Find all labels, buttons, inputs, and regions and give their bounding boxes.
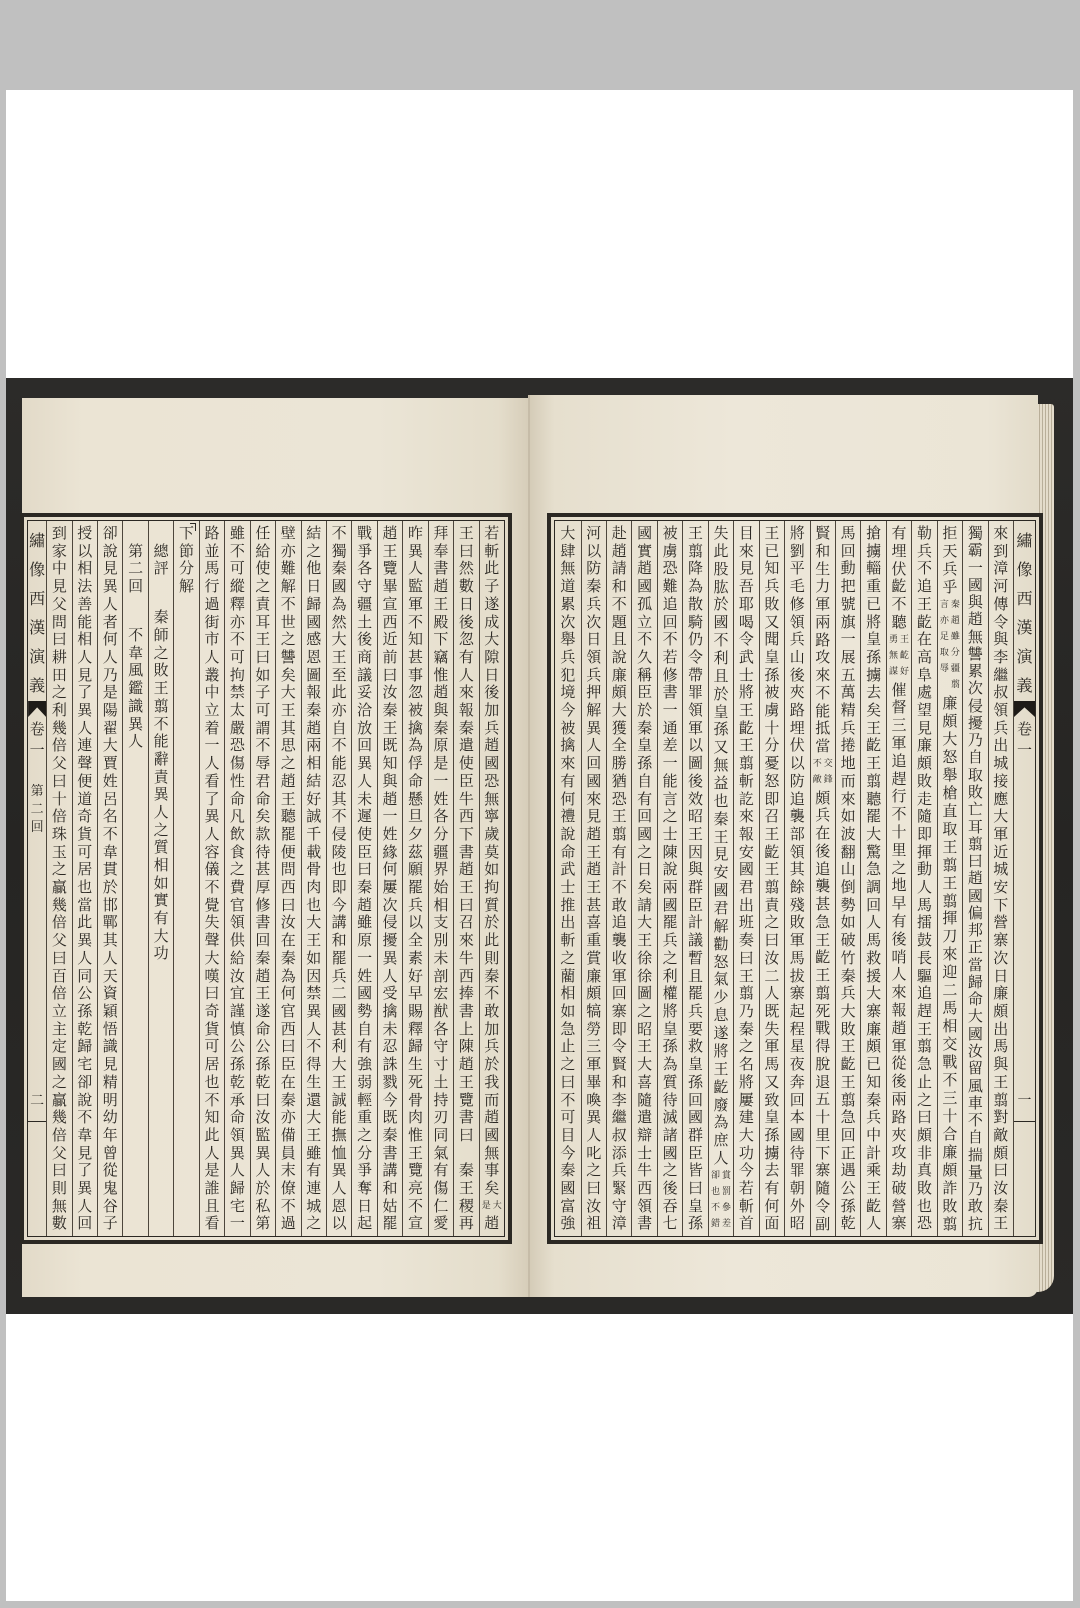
glyph: 累 — [557, 596, 579, 612]
glyph: 伏 — [786, 737, 808, 753]
glyph: 後 — [888, 931, 910, 947]
glyph: 王 — [761, 861, 783, 877]
glyph: 寸 — [430, 1056, 452, 1072]
glyph: 姓 — [99, 773, 121, 789]
glyph: 急 — [812, 914, 834, 930]
glyph: 監 — [252, 1127, 274, 1143]
glyph: 喝 — [735, 614, 757, 630]
glyph: 不 — [939, 1072, 961, 1088]
glyph: 萬 — [837, 684, 859, 700]
glyph: 起 — [786, 1003, 808, 1019]
text-column: 目來見吾耶喝令武士將王齕王翦斬訖來報安國君出班奏曰王翦乃秦之名將屢建大功今若斬首 — [733, 521, 758, 1236]
glyph: 乘 — [863, 1162, 885, 1178]
glyph: 能 — [74, 614, 96, 630]
glyph: 拘 — [481, 879, 503, 895]
glyph: 翦 — [950, 677, 961, 693]
glyph: 群 — [685, 1127, 707, 1143]
glyph: 千 — [303, 826, 325, 842]
glyph: 看 — [201, 1215, 223, 1231]
glyph: 之 — [150, 645, 172, 661]
glyph: 召 — [761, 808, 783, 824]
glyph: 曰 — [277, 1038, 299, 1054]
glyph: 破 — [888, 1180, 910, 1196]
banxin-divider — [28, 1121, 46, 1122]
glyph: 士 — [659, 826, 681, 842]
glyph: 兵 — [659, 932, 681, 948]
glyph: 催 — [888, 682, 910, 698]
glyph: 恐 — [659, 560, 681, 576]
glyph: 不 — [888, 596, 910, 612]
text-column: 馬回動把號旗一展五萬精兵捲地而來如波翻山倒勢如破竹秦兵大敗王齕王翦急回正遇公孫乾 — [835, 521, 860, 1236]
glyph: 禮 — [557, 808, 579, 824]
glyph: 劉 — [786, 543, 808, 559]
glyph: 其 — [328, 791, 350, 807]
glyph: 韋 — [125, 645, 147, 661]
glyph: 演 — [28, 642, 46, 671]
glyph: 忍 — [379, 1038, 401, 1054]
glyph: 旗 — [837, 614, 859, 630]
glyph: 修 — [252, 897, 274, 913]
glyph: 與 — [990, 1056, 1012, 1072]
glyph — [455, 1145, 477, 1161]
glyph: 了 — [201, 791, 223, 807]
glyph: 骨 — [303, 861, 325, 877]
glyph: 兵 — [481, 720, 503, 736]
glyph: 命 — [252, 791, 274, 807]
glyph: 後 — [455, 614, 477, 630]
glyph: 孫 — [863, 649, 885, 665]
glyph: 對 — [990, 1109, 1012, 1125]
glyph: 兩 — [888, 1091, 910, 1107]
glyph: 大 — [99, 737, 121, 753]
glyph: 兵 — [837, 720, 859, 736]
glyph: 馬 — [863, 932, 885, 948]
glyph: 以 — [786, 755, 808, 771]
glyph: 押 — [583, 684, 605, 700]
glyph: 奉 — [430, 543, 452, 559]
glyph: 弱 — [354, 1074, 376, 1090]
glyph: 曰 — [48, 631, 70, 647]
glyph: 秦 — [710, 811, 732, 827]
glyph: 亦 — [939, 613, 950, 629]
glyph: 隨 — [634, 1092, 656, 1108]
glyph: 秦 — [277, 1092, 299, 1108]
text-column: 王已知兵敗又聞皇孫被虜十分憂怒即召王齕王翦責之曰汝二人既失軍馬又致皇孫擄去有何面 — [759, 521, 784, 1236]
glyph: 爭 — [354, 1162, 376, 1178]
glyph: 擄 — [761, 1145, 783, 1161]
glyph: 有 — [430, 1162, 452, 1178]
glyph: 大 — [634, 1056, 656, 1072]
glyph: 急 — [913, 1056, 935, 1072]
glyph: 馬 — [201, 560, 223, 576]
glyph: 隨 — [812, 1180, 834, 1196]
glyph: 王 — [913, 596, 935, 612]
glyph: 寨 — [608, 1003, 630, 1019]
glyph: 奇 — [201, 1003, 223, 1019]
glyph: 於 — [481, 914, 503, 930]
glyph: 領 — [226, 914, 248, 930]
glyph: 大 — [990, 808, 1012, 824]
glyph: 廉 — [608, 667, 630, 683]
glyph: 因 — [685, 844, 707, 860]
glyph: 孫 — [685, 1074, 707, 1090]
glyph: 取 — [939, 821, 961, 837]
glyph: 頗 — [608, 684, 630, 700]
glyph: 報 — [303, 684, 325, 700]
glyph: 何 — [379, 861, 401, 877]
glyph: 殘 — [786, 897, 808, 913]
glyph: 肆 — [557, 543, 579, 559]
glyph: 已 — [863, 1056, 885, 1072]
glyph: 異 — [379, 950, 401, 966]
glyph: 不 — [226, 631, 248, 647]
glyph: 應 — [990, 791, 1012, 807]
glyph: 強 — [354, 1056, 376, 1072]
glyph: 叔 — [608, 1127, 630, 1143]
glyph: 知 — [761, 560, 783, 576]
glyph: 之 — [277, 755, 299, 771]
glyph: 揣 — [964, 1147, 986, 1163]
glyph: 街 — [201, 614, 223, 630]
glyph: 正 — [837, 1145, 859, 1161]
text-column: 若斬此子遂成大隙日後加兵趙國恐無寧歲莫如拘質於此則秦不敢加兵於我而趙國無事矣大是… — [479, 521, 504, 1236]
glyph: 放 — [354, 720, 376, 736]
glyph: 守 — [354, 578, 376, 594]
glyph: 兵 — [990, 720, 1012, 736]
glyph: 也 — [710, 793, 732, 809]
glyph: 忽 — [455, 631, 477, 647]
glyph: 飲 — [226, 826, 248, 842]
glyph: 二 — [761, 968, 783, 984]
glyph: 喚 — [583, 1092, 605, 1108]
glyph: 父 — [48, 1145, 70, 1161]
glyph: 西 — [28, 584, 46, 613]
glyph: 也 — [328, 861, 350, 877]
glyph: 骨 — [404, 1092, 426, 1108]
glyph: 異 — [99, 578, 121, 594]
glyph: 居 — [74, 861, 96, 877]
glyph: 秦 — [379, 702, 401, 718]
glyph: 股 — [710, 561, 732, 577]
glyph: 無 — [48, 1198, 70, 1214]
glyph: 散 — [685, 596, 707, 612]
glyph: 陳 — [455, 1038, 477, 1054]
glyph: 義 — [28, 671, 46, 700]
glyph: 有 — [303, 1162, 325, 1178]
glyph: 好 — [303, 791, 325, 807]
glyph: 知 — [863, 1074, 885, 1090]
glyph: 未 — [430, 950, 452, 966]
glyph: 命 — [557, 844, 579, 860]
glyph: 父 — [48, 755, 70, 771]
glyph: 襲 — [786, 808, 808, 824]
glyph: 秦 — [328, 560, 350, 576]
glyph: 馬 — [939, 1000, 961, 1016]
glyph: 任 — [252, 525, 274, 541]
glyph: 來 — [990, 525, 1012, 541]
glyph: 之 — [303, 1215, 325, 1231]
glyph: 珠 — [48, 826, 70, 842]
glyph: 班 — [735, 914, 757, 930]
glyph: 稱 — [634, 667, 656, 683]
glyph: 不 — [710, 1200, 721, 1216]
glyph: 難 — [659, 578, 681, 594]
glyph: 無 — [557, 560, 579, 576]
glyph: 之 — [583, 1162, 605, 1178]
glyph: 防 — [583, 560, 605, 576]
glyph: 城 — [303, 1198, 325, 1214]
glyph: 鑑 — [125, 680, 147, 696]
glyph: 持 — [430, 1092, 452, 1108]
glyph: 居 — [201, 1056, 223, 1072]
glyph: 領 — [583, 649, 605, 665]
glyph: 動 — [837, 560, 859, 576]
glyph: 何 — [99, 631, 121, 647]
glyph: 目 — [557, 1127, 579, 1143]
glyph: 有 — [634, 791, 656, 807]
glyph: 次 — [583, 614, 605, 630]
glyph: 廉 — [913, 737, 935, 753]
glyph: 同 — [74, 968, 96, 984]
glyph: 夾 — [888, 1127, 910, 1143]
glyph: 被 — [404, 702, 426, 718]
glyph: 資 — [99, 985, 121, 1001]
glyph: 面 — [761, 1215, 783, 1231]
glyph: 人 — [99, 596, 121, 612]
glyph: 地 — [837, 755, 859, 771]
glyph: 大 — [303, 1109, 325, 1125]
glyph: 驚 — [863, 844, 885, 860]
glyph: 翦 — [735, 985, 757, 1001]
glyph: 富 — [557, 1198, 579, 1214]
glyph: 急 — [863, 861, 885, 877]
glyph: 王 — [150, 680, 172, 696]
glyph: 槍 — [939, 785, 961, 801]
glyph: 趙 — [964, 611, 986, 627]
glyph: 公 — [226, 1038, 248, 1054]
glyph: 如 — [481, 861, 503, 877]
glyph: 趙 — [583, 861, 605, 877]
glyph: 命 — [226, 1109, 248, 1125]
glyph: 曰 — [48, 773, 70, 789]
glyph: 且 — [201, 1198, 223, 1214]
glyph: 君 — [735, 879, 757, 895]
glyph: 行 — [201, 578, 223, 594]
glyph: 別 — [430, 932, 452, 948]
glyph: 齕 — [888, 578, 910, 594]
glyph: 得 — [812, 1038, 834, 1054]
glyph: 敢 — [481, 1003, 503, 1019]
glyph: 見 — [99, 1056, 121, 1072]
glyph: 馬 — [913, 897, 935, 913]
glyph: 不 — [74, 1109, 96, 1125]
glyph: 師 — [150, 627, 172, 643]
glyph: 遇 — [837, 1162, 859, 1178]
glyph: 三 — [939, 1090, 961, 1106]
glyph: 敢 — [608, 897, 630, 913]
glyph: 馬 — [761, 1056, 783, 1072]
glyph: 卻 — [74, 1074, 96, 1090]
glyph: 今 — [379, 1092, 401, 1108]
glyph: 趙 — [455, 861, 477, 877]
glyph: 精 — [837, 702, 859, 718]
glyph: 王 — [277, 702, 299, 718]
glyph: 不 — [888, 806, 910, 822]
glyph: 名 — [735, 1056, 757, 1072]
glyph: 而 — [481, 1092, 503, 1108]
glyph: 不 — [710, 632, 732, 648]
glyph: 祖 — [583, 1215, 605, 1231]
glyph: 孫 — [837, 1198, 859, 1214]
glyph: 自 — [354, 1021, 376, 1037]
glyph: 分 — [761, 737, 783, 753]
glyph: 若 — [481, 525, 503, 541]
glyph: 人 — [150, 804, 172, 820]
glyph: 早 — [888, 895, 910, 911]
glyph: 戮 — [379, 1074, 401, 1090]
glyph: 武 — [735, 649, 757, 665]
glyph: 勢 — [354, 1003, 376, 1019]
glyph: 次 — [557, 614, 579, 630]
glyph: 趙 — [964, 870, 986, 886]
glyph: 曰 — [455, 543, 477, 559]
glyph: 猶 — [608, 773, 630, 789]
glyph: 一 — [1016, 1092, 1034, 1110]
glyph: 於 — [481, 1056, 503, 1072]
glyph: 解 — [710, 918, 732, 934]
glyph: 貨 — [201, 1021, 223, 1037]
glyph: 帶 — [685, 667, 707, 683]
glyph: 可 — [226, 649, 248, 665]
glyph: 數 — [455, 578, 477, 594]
glyph: 臣 — [685, 1145, 707, 1161]
glyph: 虜 — [761, 702, 783, 718]
glyph: 俘 — [404, 755, 426, 771]
glyph: 倍 — [48, 985, 70, 1001]
glyph: 推 — [557, 897, 579, 913]
glyph: 分 — [176, 560, 198, 576]
glyph: 頗 — [939, 1162, 961, 1178]
glyph: 王 — [455, 1074, 477, 1090]
glyph: 拜 — [430, 525, 452, 541]
glyph: 近 — [990, 844, 1012, 860]
glyph: 恩 — [328, 1198, 350, 1214]
glyph: 歸 — [964, 974, 986, 990]
glyph: 能 — [328, 1109, 350, 1125]
glyph: 宏 — [430, 985, 452, 1001]
glyph: 領 — [226, 1127, 248, 1143]
glyph: 奪 — [354, 1180, 376, 1196]
glyph: 陳 — [659, 844, 681, 860]
banxin-volume: 卷一 — [1014, 719, 1035, 761]
glyph: 人 — [303, 1021, 325, 1037]
glyph: 相 — [557, 985, 579, 1001]
glyph: 餘 — [786, 879, 808, 895]
glyph: 馬 — [786, 950, 808, 966]
glyph: 報 — [455, 702, 477, 718]
glyph: 擂 — [913, 914, 935, 930]
glyph: 如 — [150, 875, 172, 891]
glyph: 贏 — [48, 1092, 70, 1108]
glyph: 從 — [99, 1162, 121, 1178]
glyph: 遂 — [481, 596, 503, 612]
left-page-columns: 若斬此子遂成大隙日後加兵趙國恐無寧歲莫如拘質於此則秦不敢加兵於我而趙國無事矣大是… — [28, 521, 504, 1236]
glyph: 誰 — [201, 1180, 223, 1196]
glyph: 第 — [28, 783, 46, 801]
glyph: 曰 — [913, 1109, 935, 1125]
glyph: 報 — [888, 1002, 910, 1018]
commentary-column: 總評秦師之敗王翦不能辭責異人之質相如實有大功 — [148, 521, 173, 1236]
glyph: 擒 — [404, 720, 426, 736]
glyph: 有 — [455, 649, 477, 665]
glyph: 臣 — [634, 684, 656, 700]
glyph: 不 — [277, 596, 299, 612]
glyph: 覽 — [404, 1162, 426, 1178]
glyph: 動 — [913, 861, 935, 877]
glyph: 失 — [201, 914, 223, 930]
glyph: 之 — [48, 1074, 70, 1090]
glyph: 請 — [608, 560, 630, 576]
glyph: 家 — [48, 543, 70, 559]
glyph: 不 — [557, 1092, 579, 1108]
glyph: 汝 — [964, 1043, 986, 1059]
glyph: 與 — [685, 861, 707, 877]
glyph: 令 — [735, 631, 757, 647]
glyph: 可 — [201, 1038, 223, 1054]
glyph: 人 — [201, 1145, 223, 1161]
glyph: 此 — [481, 560, 503, 576]
glyph: 五 — [837, 667, 859, 683]
glyph: 交 — [823, 756, 834, 772]
glyph: 和 — [608, 1074, 630, 1090]
glyph: 覽 — [455, 1092, 477, 1108]
text-column: 戰爭各守疆土後商議妥洽放回異人未遲使臣曰秦趙雖原一姓國勢自有強弱輕重之分爭奪日起 — [351, 521, 376, 1236]
glyph: 擾 — [379, 932, 401, 948]
glyph: 卷 — [28, 719, 46, 740]
glyph: 趙 — [950, 613, 961, 629]
glyph: 偏 — [964, 905, 986, 921]
glyph: 賞 — [583, 950, 605, 966]
glyph: 軍 — [685, 720, 707, 736]
glyph: 王 — [455, 879, 477, 895]
glyph: 曰 — [379, 667, 401, 683]
glyph: 廉 — [863, 1021, 885, 1037]
glyph: 忽 — [404, 684, 426, 700]
glyph: 好 — [899, 664, 910, 680]
glyph: 何 — [557, 791, 579, 807]
glyph: 在 — [277, 932, 299, 948]
glyph: 西 — [455, 968, 477, 984]
glyph: 耶 — [735, 596, 757, 612]
glyph: 過 — [201, 596, 223, 612]
glyph: 見 — [913, 720, 935, 736]
glyph: 誅 — [379, 1056, 401, 1072]
glyph: 廢 — [710, 1097, 732, 1113]
glyph: 回 — [583, 755, 605, 771]
glyph: 支 — [430, 914, 452, 930]
glyph: 建 — [735, 1109, 757, 1125]
glyph: 國 — [964, 577, 986, 593]
glyph: 人 — [328, 1180, 350, 1196]
glyph: 齕 — [837, 1056, 859, 1072]
glyph: 原 — [354, 932, 376, 948]
glyph: 處 — [913, 684, 935, 700]
glyph: 曰 — [48, 1162, 70, 1178]
glyph: 差 — [659, 737, 681, 753]
glyph: 無 — [481, 791, 503, 807]
glyph: 漳 — [990, 560, 1012, 576]
glyph: 覽 — [379, 560, 401, 576]
